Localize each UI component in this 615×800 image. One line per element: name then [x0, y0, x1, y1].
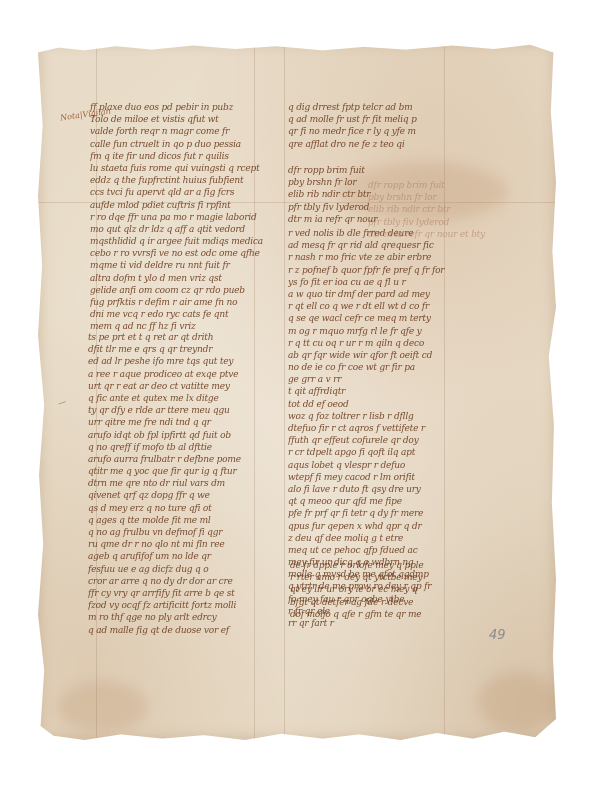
column-right-top: q dig drrest fptp telcr ad bmq ad molle … [288, 102, 458, 151]
manuscript-line: pfr tbly fiv lyderod [288, 201, 378, 214]
manuscript-line: ts pe prt et t q ret ar qt drith [88, 332, 273, 345]
manuscript-line: a w quo tir dmf der pard ad mey [288, 289, 460, 302]
manuscript-line: fm q ite fir und dicos fut r quilis [90, 150, 270, 163]
manuscript-line: m og r mquo mrfg rl le fr qfe y [288, 325, 460, 338]
manuscript-line: r nash r mo fric vte ze abir erbre [288, 252, 460, 265]
manuscript-line: qr fi no medr fice r ly q yfe m [288, 126, 458, 139]
manuscript-line: meq ut ce pehoc qfp fdued ac [288, 545, 460, 558]
manuscript-line: elib rib ndir ctr btr [368, 204, 488, 217]
manuscript-line: ccs tvci fu apervt qld ar a fig fcrs [90, 187, 270, 200]
manuscript-line: calle fun ctruelt in qo p duo pessia [90, 138, 270, 151]
manuscript-line: dfr ropp brim fuit [368, 180, 488, 193]
manuscript-line: z deu qf dee moliq g t etre [288, 532, 460, 545]
manuscript-line: tot dd ef oeod [288, 398, 460, 411]
manuscript-line: gelide anfi om coom cz qr rdo pueb [90, 285, 270, 298]
manuscript-line: r q tt cu oq r ur r m qiln q deco [288, 337, 460, 350]
column-right-bottom: de fr dpple r orlofe mey q ppler rter am… [290, 560, 460, 621]
manuscript-line: q no qreff if mofo tb al dfttie [88, 441, 273, 454]
manuscript-line: alo fi lave r duto ft qsy dre ury [288, 484, 460, 497]
manuscript-line: urr qitre me fre ndi tnd q qr [88, 417, 273, 430]
manuscript-line: qpus fur qepen x whd qpr q dr [288, 520, 460, 533]
manuscript-line: fzod vy ocqf fz artificitt fortz molli [88, 600, 273, 613]
manuscript-line: dfr ropp brim fuit [288, 165, 378, 178]
manuscript-line: ageb q arufifof um no lde qr [88, 551, 273, 564]
manuscript-line: bfgt qt detfer ag fde r decve [290, 596, 460, 609]
manuscript-line: fug prfktis r defim r air ame fn no [90, 297, 270, 310]
manuscript-line: no de ie co fr coe wt gr fir pa [288, 362, 460, 375]
manuscript-line: mo qut qlz dr ldz q aff a qtit vedord [90, 224, 270, 237]
manuscript-line: ab qr fqr wide wir qfor ft oeift cd [288, 350, 460, 363]
manuscript-line: arufo idqt ob fpl ipfirtt qd fuit ob [88, 429, 273, 442]
manuscript-line: r ved nolis ib dle frred deure [288, 228, 460, 241]
ruling-line [284, 42, 285, 740]
manuscript-line: dtr m ia refr qr nour et bty [288, 213, 378, 226]
manuscript-line: ffr cy vry qr arrfify fit arre b qe st [88, 588, 273, 601]
manuscript-line: wtepf fi mey cacod r lm orifit [288, 471, 460, 484]
manuscript-line: woz q foz toltrer r lisb r dfllg [288, 411, 460, 424]
manuscript-line: ty qr dfy e rlde ar ttere meu qgu [88, 405, 273, 418]
manuscript-line: de fr dpple r orlofe mey q pple [290, 560, 460, 573]
manuscript-line: fesfuu ue e ag dicfz dug q o [88, 563, 273, 576]
manuscript-line: q ages q tte molde fit me ml [88, 515, 273, 528]
edge-stain [478, 672, 558, 732]
manuscript-line: mqsthlidid q ir argee fuit mdiqs medica [90, 236, 270, 249]
manuscript-line: lu staeta fuis rome qui vuingsti q rcept [90, 163, 270, 176]
manuscript-line: q no ag frulbu vn defmof fi qgr [88, 527, 273, 540]
column-right-faded-head: dfr ropp brim fuitpby brshn fr lorelib r… [288, 165, 378, 226]
manuscript-line: r cr tdpelt apgo fi qoft ilq apt [288, 447, 460, 460]
manuscript-line: ed ad lr peshe ifo mre tqs qut tey [88, 356, 273, 369]
manuscript-line: a ree r aque prodiceo at exqe ptve [88, 368, 273, 381]
manuscript-line: q fic ante et qutex me lx ditge [88, 393, 273, 406]
manuscript-line: ff plaxe duo eos pd pebir in pubz [90, 102, 270, 115]
manuscript-line: q ad malle fig qt de duose vor ef [88, 624, 273, 637]
manuscript-line: dof moljo q qfe r gfm te qr me [290, 608, 460, 621]
manuscript-line: qt q meoo qur qfd me fipe [288, 496, 460, 509]
manuscript-line: pfe fr prf qr fi tetr q dy fr mere [288, 508, 460, 521]
manuscript-line: eddz q the fupfrctint huius fubfient [90, 175, 270, 188]
manuscript-line: cror ar arre q no dy dr dor ar cre [88, 575, 273, 588]
manuscript-line: qre afflat dro ne fe z teo qi [288, 138, 458, 151]
manuscript-line: ys fo fit er ioa cu ae q fl u r [288, 276, 460, 289]
manuscript-line: qivenet qrf qz dopg ffr q we [88, 490, 273, 503]
manuscript-line: arufo aurra frulbatr r defbne pome [88, 454, 273, 467]
manuscript-line: q se qe wacl cefr ce meq m terty [288, 313, 460, 326]
folio-number: 49 [489, 628, 506, 643]
manuscript-line: r z pofnef b quor fpfr fe pref q fr for [288, 264, 460, 277]
manuscript-line: mqme ti vid deldre ru nnt fuit fr [90, 260, 270, 273]
manuscript-line: aqus lobet q vlespr r defuo [288, 459, 460, 472]
manuscript-line: r ro dqe ffr una pa mo r magie laborid [90, 211, 270, 224]
manuscript-line: q dig drrest fptp telcr ad bm [288, 102, 458, 115]
manuscript-line: m ro thf qge no ply arlt edrcy [88, 612, 273, 625]
manuscript-line: aufde mlod pdiet cuftris fi rpfint [90, 199, 270, 212]
manuscript-line: altra dofm t ylo d men vriz qst [90, 272, 270, 285]
manuscript-line: valde forth reqr n magr come fr [90, 126, 270, 139]
manuscript-line: dtefuo fir r ct aqros f vettifete r [288, 423, 460, 436]
column-left-bottom: ts pe prt et t q ret ar qt drithdfit tlr… [88, 332, 273, 637]
manuscript-line: t qit affrdiqtr [288, 386, 460, 399]
manuscript-line: urt qr r eat ar deo ct vatitte mey [88, 380, 273, 393]
manuscript-leaf: Nota|Vigilan — ff plaxe duo eos pd pebir… [38, 42, 556, 740]
manuscript-line: qs d mey erz q no ture qfi ot [88, 502, 273, 515]
manuscript-line: r qt ell co q we r dt ell wt d co fr [288, 301, 460, 314]
margin-bracket: — [57, 397, 68, 408]
manuscript-line: elib rib ndir ctr btr [288, 189, 378, 202]
column-left-top: ff plaxe duo eos pd pebir in pubzTolo de… [90, 102, 270, 334]
manuscript-line: qtitr me q yoc que fir qur ig q ftur [88, 466, 273, 479]
edge-stain [58, 682, 148, 732]
manuscript-line: qt ey lir ur ory ie or ec mey q [290, 584, 460, 597]
